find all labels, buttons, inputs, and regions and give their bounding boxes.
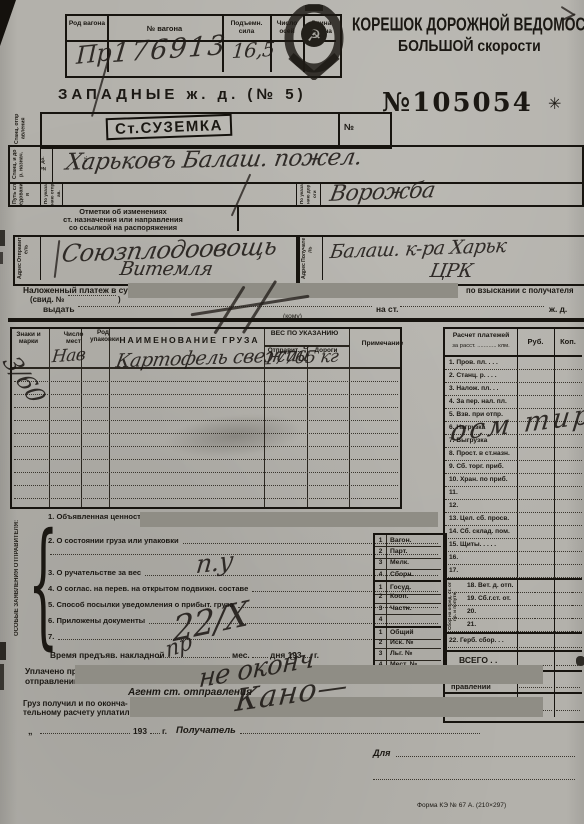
hw-wagon-capacity: 16,5 xyxy=(231,37,276,63)
dest-row-line xyxy=(52,145,53,182)
notes-block: Отметки об изменениях ст. назначения или… xyxy=(12,208,234,231)
receiver-label: Получатель xyxy=(301,237,316,262)
special-item: 4. О соглас. на перев. на открытом подви… xyxy=(48,584,248,593)
payment-row: 15. Щиты. . . . . xyxy=(445,539,582,552)
receiver-address-label: Адрес xyxy=(301,263,316,280)
station-row-line xyxy=(338,112,340,145)
route-row-line xyxy=(62,182,63,205)
cod-station-label: на ст. xyxy=(376,304,398,314)
total-dots xyxy=(556,665,580,666)
payment-row: 3. Налож. пл. . . xyxy=(445,383,582,396)
dest-row-label: Станц. и дор. назнач. xyxy=(12,147,36,181)
hw-weight-guarantee: п.у xyxy=(195,546,235,579)
category-label: Вагон. xyxy=(387,535,441,546)
payment-row: 18. Вет. д. отп. xyxy=(445,580,582,593)
category-label: Иск. № xyxy=(387,637,441,648)
payment-row: 17. xyxy=(445,565,582,578)
payment-item: 21. xyxy=(445,619,535,632)
category-num: 3 xyxy=(375,558,387,569)
cod-label: Наложенный платеж в сумме xyxy=(23,285,145,295)
payment-row: 13. Цел. сб. просв. xyxy=(445,513,582,526)
dotted-row xyxy=(14,381,398,382)
goods-col-places: Число мест xyxy=(58,331,89,346)
category-label: Парт. xyxy=(387,546,441,557)
goods-col-name: НАИМЕНОВАНИЕ ГРУЗА xyxy=(117,335,262,345)
paid-at-label-2: отправлении xyxy=(25,676,79,686)
category-label xyxy=(387,614,441,625)
svg-text:☭: ☭ xyxy=(307,28,321,45)
category-num: 3 xyxy=(375,648,387,659)
paid-at-label-1: Уплачено при xyxy=(25,666,82,676)
wagon-col-capacity: Подъемн. сила xyxy=(224,20,269,36)
heavy-rule xyxy=(8,318,584,322)
receiver-box-line xyxy=(322,237,323,280)
category-num: 4 xyxy=(375,614,387,625)
scan-corner-artifact xyxy=(0,0,16,46)
departure-dots xyxy=(519,687,552,688)
payment-item: 9. Сб. торг. приб. xyxy=(445,461,517,474)
document-number: №105054 xyxy=(382,88,533,118)
payments-group-line xyxy=(445,632,582,634)
special-item: 1. Объявленная ценность xyxy=(48,512,146,521)
consignee-label: Получатель xyxy=(176,725,236,736)
payment-row: 9. Сб. торг. приб. xyxy=(445,461,582,474)
doc-subtitle: БОЛЬШОЙ скорости xyxy=(398,36,541,54)
cod-station-dots xyxy=(400,306,544,307)
goods-table-line xyxy=(109,329,110,507)
dotted-row xyxy=(14,394,398,395)
category-num: 3 xyxy=(375,603,387,614)
hw-receiver-address: ЦРК xyxy=(428,260,474,282)
payment-item: 17. xyxy=(445,565,517,578)
goods-col-note: Примечание xyxy=(357,340,408,347)
received-label-1: Груз получил и по оконча- xyxy=(23,699,128,708)
delivery-dots xyxy=(556,710,580,711)
payment-row: 19. Сб.г.ст. от. xyxy=(445,593,582,606)
payment-item: 8. Прост. в ст.назн. xyxy=(445,448,517,461)
payment-item: 2. Станц. р. . . . xyxy=(445,370,517,383)
payment-item: 11. xyxy=(445,487,517,500)
form-code: Форма КЭ № 67 А. (210×297) xyxy=(417,802,506,809)
dotted-row xyxy=(14,498,398,499)
category-label: Льг. № xyxy=(387,648,441,659)
payment-item: 3. Налож. пл. . . xyxy=(445,383,517,396)
category-num: 2 xyxy=(375,592,387,603)
special-item: 2. О состоянии груза или упаковки xyxy=(48,536,179,545)
cod-road-label: ж. д. xyxy=(549,304,567,314)
received-label-2: тельному расчету уплатил xyxy=(23,708,130,717)
payment-row: 10. Хран. по приб. xyxy=(445,474,582,487)
notes-line3: со ссылкой на распоряжения xyxy=(69,223,177,232)
left-border xyxy=(8,145,10,205)
cod-issue-label: выдать xyxy=(43,304,75,314)
payment-item: 1. Пров. пл. . . . xyxy=(445,357,517,370)
category-num: 2 xyxy=(375,637,387,648)
category-table: 1Вагон. 2Парт. 3Мелк. 4Сборн. 1Госуд. 2К… xyxy=(373,533,447,675)
payment-item: 10. Хран. по приб. xyxy=(445,474,517,487)
payment-item: 18. Вет. д. отп. xyxy=(445,580,535,593)
waybill-stub-document: Род вагона № вагона Подъемн. сила Число … xyxy=(0,0,584,824)
payment-row: 11. xyxy=(445,487,582,500)
scan-edge-mark xyxy=(0,230,5,246)
payment-item: 15. Щиты. . . . . xyxy=(445,539,517,552)
goods-table-line xyxy=(49,329,50,507)
category-label: Частн. xyxy=(387,603,441,614)
special-item: 3. О ручательстве за вес xyxy=(48,568,141,577)
hw-route: Ворожба xyxy=(328,178,437,207)
quote-mark: „ xyxy=(28,726,33,736)
hw-destination: Харьковъ Балаш. пожел. xyxy=(64,144,364,175)
payment-item: 20. xyxy=(445,606,535,619)
special-item: 6. Приложены документы xyxy=(48,616,145,625)
payment-item: 14. Сб. склад. пом. xyxy=(445,526,517,539)
payment-row: 21. xyxy=(445,619,582,632)
dotted-row xyxy=(14,472,398,473)
route-sub-right: По указанию дороги xyxy=(299,183,316,205)
payment-item: 16. xyxy=(445,552,517,565)
category-label: Мелк. xyxy=(387,558,441,569)
year-value: 193 xyxy=(133,726,147,736)
cod-svid-close: ) xyxy=(118,295,121,304)
dotted-row xyxy=(14,485,398,486)
wagon-col-type: Род вагона xyxy=(68,20,106,28)
route-row-line xyxy=(40,182,41,205)
category-label: Сборн. xyxy=(387,569,441,580)
payment-row: 8. Прост. в ст.назн. xyxy=(445,448,582,461)
goods-table-line xyxy=(349,329,350,507)
payment-row: 20. xyxy=(445,606,582,619)
payments-table: Расчет платежей за расст. ............ к… xyxy=(443,327,584,723)
payments-kop-header: Коп. xyxy=(554,337,582,346)
scan-edge-mark xyxy=(0,252,3,264)
route-row-line xyxy=(296,182,297,205)
consignee-dots xyxy=(240,733,480,734)
payments-rub-header: Руб. xyxy=(517,337,554,346)
departure-dots xyxy=(556,687,580,688)
payments-total-line xyxy=(445,650,582,652)
sender-box-line xyxy=(40,237,41,280)
payment-item: 19. Сб.г.ст. от. xyxy=(445,593,535,606)
year-suffix-2: г. xyxy=(162,726,167,736)
cod-collect-label: по взыскании с получателя xyxy=(466,286,574,295)
doc-title: КОРЕШОК ДОРОЖНОЙ ВЕДОМОСТИ xyxy=(352,14,584,35)
for-dots-2 xyxy=(373,779,575,780)
payment-row: 1. Пров. пл. . . . xyxy=(445,357,582,370)
scan-edge-mark xyxy=(0,664,4,690)
hw-pack: Нав xyxy=(51,345,86,368)
special-item: 7. xyxy=(48,632,54,641)
payments-total-label: ВСЕГО . . xyxy=(459,655,497,665)
ussr-emblem: ☭ xyxy=(283,4,345,80)
sender-address-label: Адрес xyxy=(17,263,32,280)
date-dots xyxy=(40,733,130,734)
for-dots xyxy=(396,756,575,757)
year-suffix: г. xyxy=(314,650,319,660)
payment-item: 13. Цел. сб. просв. xyxy=(445,513,517,526)
goods-table-line xyxy=(307,345,308,507)
station-stamp: Ст.СУЗЕМКА xyxy=(106,114,233,140)
special-statements-label: ОСОБЫЕ ЗАЯВЛЕНИЯ ОТПРАВИТЕЛЯ: xyxy=(14,511,27,645)
route-sub-left: По указанию отправ. xyxy=(43,183,60,205)
sender-label: Отправитель xyxy=(17,237,32,262)
station-no-label: № xyxy=(344,122,354,132)
payment-row: 2. Станц. р. . . . xyxy=(445,370,582,383)
redaction-bar xyxy=(128,283,458,298)
waybill-time-label: Время предъяв. накладной xyxy=(50,650,165,660)
hw-cargo-weight: 17765 кг xyxy=(263,347,340,370)
dotted-row xyxy=(14,407,398,408)
dest-sub-label: № до. xyxy=(41,148,51,179)
category-num: 4 xyxy=(375,569,387,580)
goods-col-marks: Знаки и марки xyxy=(11,331,46,346)
payment-item: 4. За пер. нал. пл. xyxy=(445,396,517,409)
payments-title: Расчет платежей xyxy=(446,332,516,339)
route-row-line xyxy=(320,182,321,205)
goods-col-pack: Род упаковки xyxy=(90,329,116,343)
scan-edge-mark xyxy=(0,642,6,660)
for-label: Для xyxy=(373,748,390,758)
hw-sender-address: Витемля xyxy=(118,258,214,280)
notes-divider xyxy=(237,206,239,231)
payment-row: 14. Сб. склад. пом. xyxy=(445,526,582,539)
cod-svid-dots xyxy=(68,295,116,296)
payments-title2: за расст. ............ клм. xyxy=(446,343,516,349)
goods-col-weight: ВЕС ПО УКАЗАНИЮ xyxy=(262,330,347,337)
payment-row: 22. Герб. сбор. . . xyxy=(445,635,582,648)
cod-svid-label: (свид. № xyxy=(30,295,65,304)
category-label: Кооп. xyxy=(387,592,441,603)
date-dots xyxy=(150,733,160,734)
route-row-label: Путь следования xyxy=(12,183,34,205)
payment-row: 16. xyxy=(445,552,582,565)
payments-line xyxy=(445,692,582,694)
payment-item: 12. xyxy=(445,500,517,513)
category-num: 2 xyxy=(375,546,387,557)
category-num: 1 xyxy=(375,535,387,546)
payment-row: 12. xyxy=(445,500,582,513)
asterisk-ornament: ✳ xyxy=(548,94,561,114)
redaction-bar xyxy=(140,512,438,527)
payment-item: 22. Герб. сбор. . . xyxy=(445,635,517,648)
station-row-label: Станц. отправления xyxy=(14,112,36,145)
railway-heading: ЗАПАДНЫЕ ж. д. (№ 5) xyxy=(58,86,307,103)
